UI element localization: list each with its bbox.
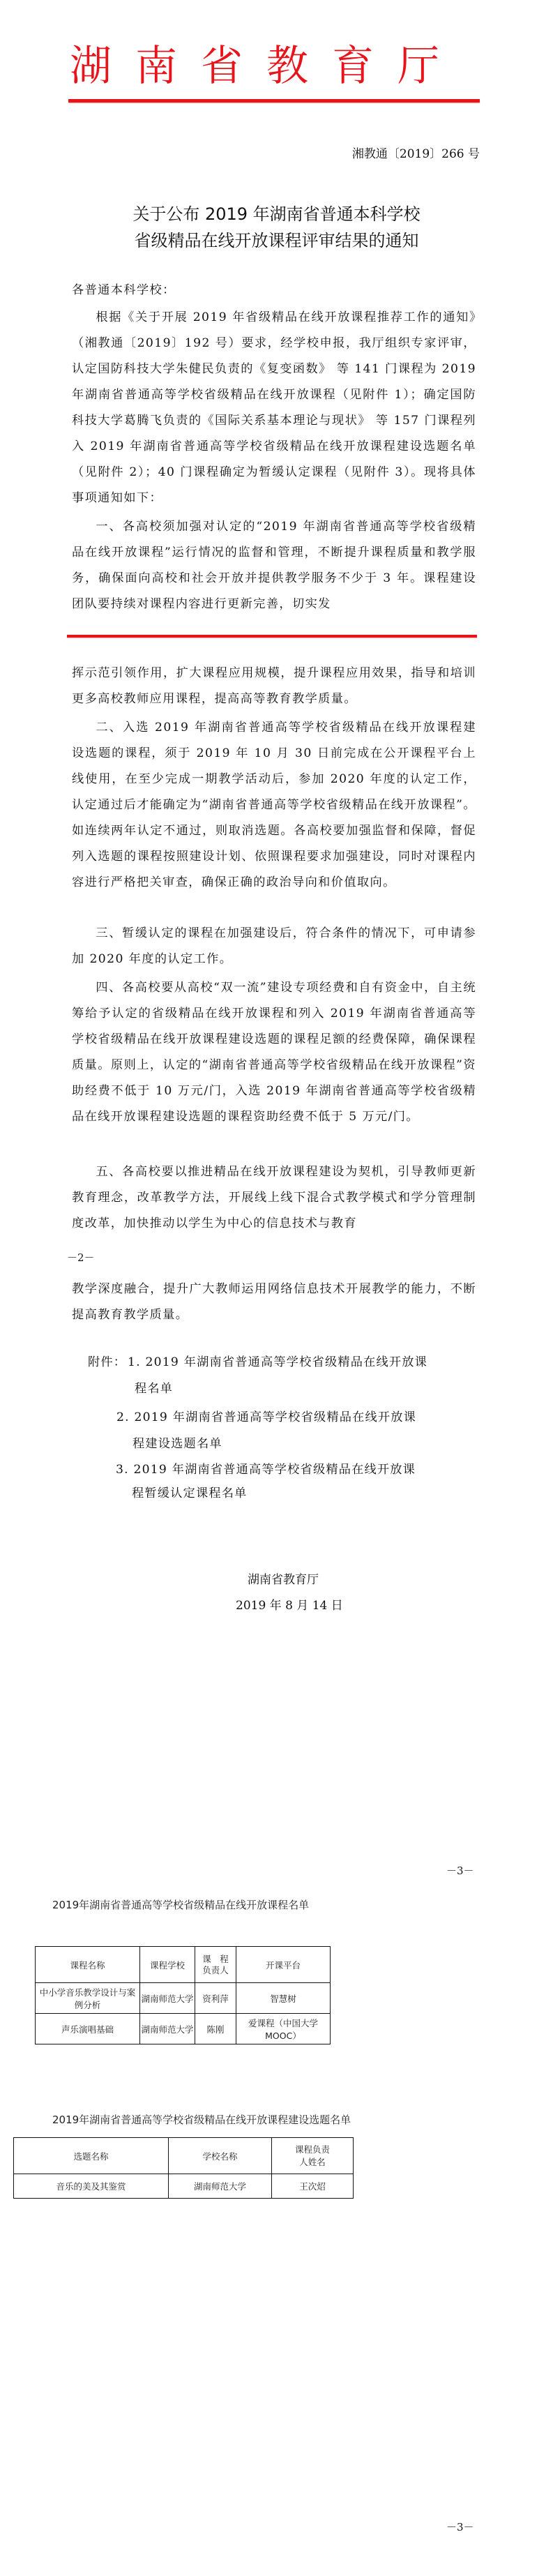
table-1-cell-school: 湖南师范大学 — [140, 2014, 195, 2044]
table-2-header-row: 选题名称 学校名称 课程负责人姓名 — [14, 2138, 354, 2174]
paragraph-item-5: 五、各高校要以推进精品在线开放课程建设为契机，引导教师更新教育理念，改革教学方法… — [72, 1159, 476, 1237]
attachment-1-number: 1. — [128, 1355, 141, 1369]
masthead-red-rule — [68, 99, 480, 103]
table-2-cell-school: 湖南师范大学 — [169, 2174, 272, 2199]
signature-date: 2019 年 8 月 14 日 — [236, 1595, 343, 1613]
table-2-header-lead: 课程负责人姓名 — [272, 2138, 354, 2174]
attachment-3: 3. 2019 年湖南省普通高等学校省级精品在线开放课 — [116, 1457, 416, 1483]
table-1-approved-courses: 课程名称 课程学校 课 程负责人 开课平台 中小学音乐教学设计与案例分析 湖南师… — [35, 1946, 331, 2044]
attachment-2-line2: 程建设选题名单 — [132, 1431, 222, 1457]
table-2-cell-lead: 王次炤 — [272, 2174, 354, 2199]
table-1-cell-platform: 智慧树 — [236, 1983, 331, 2014]
attachment-3-line2: 程暂缓认定课程名单 — [132, 1481, 248, 1507]
attachment-3-line1: 2019 年湖南省普通高等学校省级精品在线开放课 — [133, 1463, 416, 1477]
table-1-title: 2019年湖南省普通高等学校省级精品在线开放课程名单 — [52, 1897, 309, 1912]
paragraph-item-4: 四、各高校要从高校“双一流”建设专项经费和自有资金中，自主统筹给予认定的省级精品… — [72, 975, 476, 1130]
table-2-cell-topic: 音乐的美及其鉴赏 — [14, 2174, 169, 2199]
table-2-title: 2019年湖南省普通高等学校省级精品在线开放课程建设选题名单 — [52, 2112, 351, 2127]
table-1-cell-lead: 陈刚 — [195, 2014, 236, 2044]
paragraph-intro: 根据《关于开展 2019 年省级精品在线开放课程推荐工作的通知》（湘教通〔201… — [72, 305, 476, 511]
table-1-header-platform: 开课平台 — [236, 1947, 331, 1983]
table-1-cell-platform: 爱课程（中国大学MOOC） — [236, 2014, 331, 2044]
paragraph-item-3: 三、暂缓认定的课程在加强建设后，符合条件的情况下，可申请参加 2020 年度的认… — [72, 921, 476, 972]
salutation: 各普通本科学校： — [72, 278, 476, 303]
attachment-1-line2: 程名单 — [135, 1376, 173, 1402]
page-divider-red-rule — [67, 635, 477, 638]
page-number-3-bottom: －3－ — [446, 2519, 474, 2534]
attachment-3-number: 3. — [116, 1463, 129, 1477]
table-2-header-school: 学校名称 — [169, 2138, 272, 2174]
table-1-cell-school: 湖南师范大学 — [140, 1983, 195, 2014]
attachment-1-line1: 2019 年湖南省普通高等学校省级精品在线开放课 — [145, 1355, 427, 1369]
paragraph-item-1-continued: 挥示范引领作用，扩大课程应用规模，提升课程应用效果，指导和培训更多高校教师应用课… — [72, 661, 476, 712]
table-row: 声乐演唱基础 湖南师范大学 陈刚 爱课程（中国大学MOOC） — [36, 2014, 331, 2044]
table-1-cell-course: 中小学音乐教学设计与案例分析 — [36, 1983, 140, 2014]
table-row: 音乐的美及其鉴赏 湖南师范大学 王次炤 — [14, 2174, 354, 2199]
table-1-header-lead: 课 程负责人 — [195, 1947, 236, 1983]
signature-organization: 湖南省教育厅 — [248, 1569, 319, 1587]
table-1-header-row: 课程名称 课程学校 课 程负责人 开课平台 — [36, 1947, 331, 1983]
table-1-header-school: 课程学校 — [140, 1947, 195, 1983]
table-1-header-course-name: 课程名称 — [36, 1947, 140, 1983]
paragraph-item-5-continued: 教学深度融合，提升广大教师运用网络信息技术开展教学的能力，不断提高教育教学质量。 — [72, 1276, 476, 1328]
attachment-1: 1. 2019 年湖南省普通高等学校省级精品在线开放课 — [128, 1350, 427, 1376]
notice-title-line2: 省级精品在线开放课程评审结果的通知 — [0, 227, 553, 254]
table-1-cell-lead: 资利萍 — [195, 1983, 236, 2014]
document-number: 湘教通〔2019〕266 号 — [352, 144, 480, 161]
masthead-title: 湖南省教育厅 — [70, 38, 488, 94]
paragraph-item-1: 一、各高校须加强对认定的“2019 年湖南省普通高等学校省级精品在线开放课程”运… — [72, 514, 476, 617]
attachments-label: 附件： — [88, 1350, 126, 1376]
page-number-2: －2－ — [67, 1250, 95, 1265]
paragraph-item-2: 二、入选 2019 年湖南省普通高等学校省级精品在线开放课程建设选题的课程，须于… — [72, 715, 476, 896]
attachment-2: 2. 2019 年湖南省普通高等学校省级精品在线开放课 — [116, 1405, 416, 1431]
table-2-topic-courses: 选题名称 学校名称 课程负责人姓名 音乐的美及其鉴赏 湖南师范大学 王次炤 — [13, 2137, 354, 2199]
attachment-2-number: 2. — [116, 1410, 130, 1424]
table-1-cell-course: 声乐演唱基础 — [36, 2014, 140, 2044]
attachment-2-line1: 2019 年湖南省普通高等学校省级精品在线开放课 — [134, 1410, 416, 1424]
notice-title-line1: 关于公布 2019 年湖南省普通本科学校 — [0, 201, 553, 227]
table-2-header-topic: 选题名称 — [14, 2138, 169, 2174]
page-number-3-top: －3－ — [446, 1863, 474, 1878]
table-row: 中小学音乐教学设计与案例分析 湖南师范大学 资利萍 智慧树 — [36, 1983, 331, 2014]
